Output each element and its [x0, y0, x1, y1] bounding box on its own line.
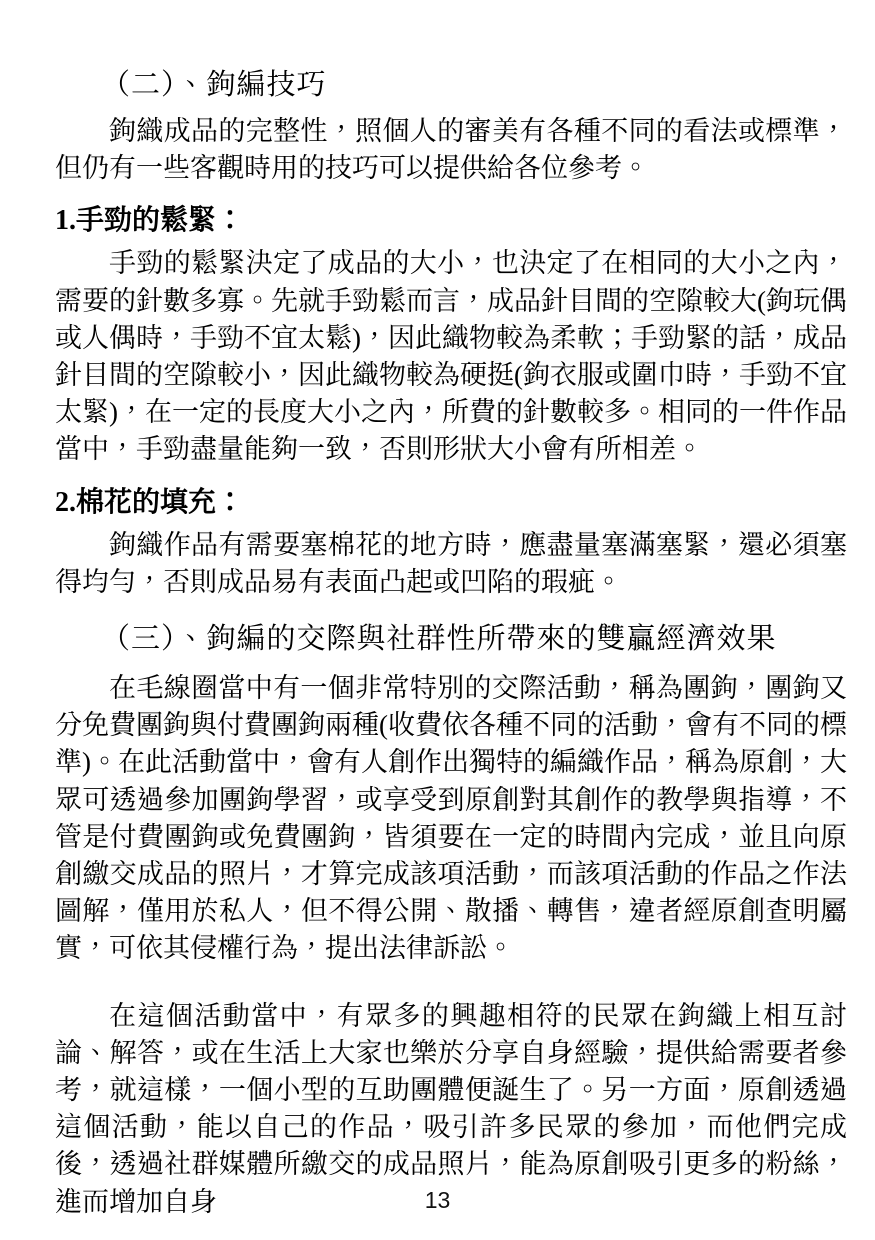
section-heading-crochet-techniques: （二）、鉤編技巧	[55, 63, 847, 107]
paragraph-group-crochet-1: 在毛線圈當中有一個非常特別的交際活動，稱為團鉤，團鉤又分免費團鉤與付費團鉤兩種(…	[55, 670, 847, 968]
document-page: （二）、鉤編技巧 鉤織成品的完整性，照個人的審美有各種不同的看法或標準，但仍有一…	[0, 0, 875, 1240]
subheading-cotton-stuffing: 2.棉花的填充：	[55, 483, 847, 523]
page-number: 13	[0, 1187, 875, 1214]
paragraph-cotton-stuffing: 鉤織作品有需要塞棉花的地方時，應盡量塞滿塞緊，還必須塞得均勻，否則成品易有表面凸…	[55, 527, 847, 601]
subheading-hand-tension: 1.手勁的鬆緊：	[55, 201, 847, 241]
paragraph-hand-tension: 手勁的鬆緊決定了成品的大小，也決定了在相同的大小之內，需要的針數多寡。先就手勁鬆…	[55, 245, 847, 468]
paragraph-intro: 鉤織成品的完整性，照個人的審美有各種不同的看法或標準，但仍有一些客觀時用的技巧可…	[55, 113, 847, 187]
section-heading-social-economic-effect: （三）、鉤編的交際與社群性所帶來的雙贏經濟效果	[55, 617, 847, 661]
